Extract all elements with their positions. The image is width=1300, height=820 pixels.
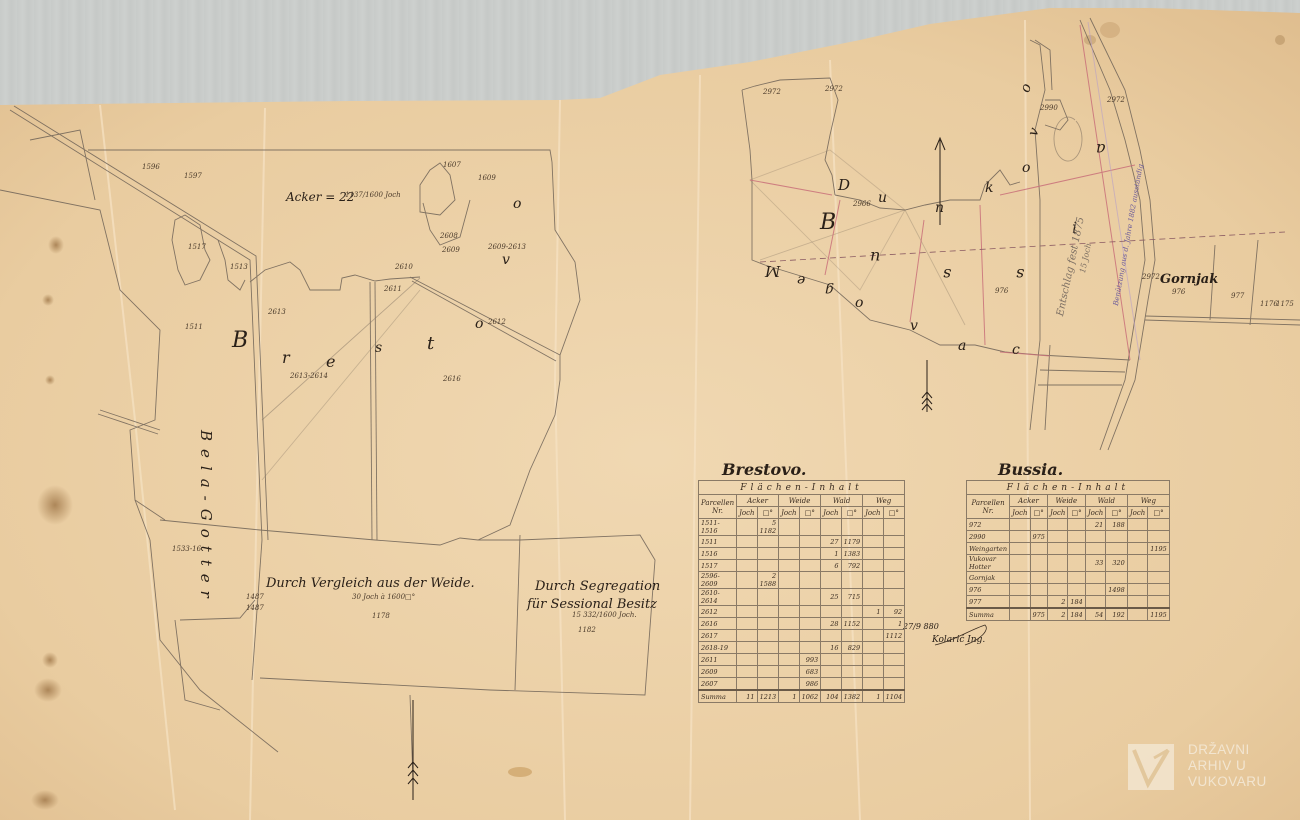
table-row: Gornjak	[967, 572, 1170, 584]
table-row: 15176792	[699, 560, 905, 572]
table-row: 2990975	[967, 531, 1170, 543]
parcel-number: 2990	[1040, 104, 1058, 112]
cell-weg-q: 1195	[1148, 543, 1170, 555]
sum-pn: Summa	[967, 608, 1010, 621]
cell-weide-j	[1047, 543, 1067, 555]
cell-acker-j	[1010, 596, 1030, 609]
label-durch-vergleich: Durch Vergleich aus der Weide.	[266, 576, 475, 591]
cell-wald-q	[1106, 531, 1128, 543]
cell-wald-j	[1085, 596, 1105, 609]
cell-weide-q	[799, 572, 821, 589]
label-dunkovo-k: k	[985, 180, 993, 196]
cell-weide-j	[779, 519, 799, 536]
cell-weide-j	[779, 642, 799, 654]
cell-weg-j	[1127, 531, 1147, 543]
table-row: Weingarten1195	[967, 543, 1170, 555]
cell-acker-j	[737, 678, 757, 691]
cell-weide-j: 2	[1047, 596, 1067, 609]
label-durch-segregation: Durch Segregation	[535, 579, 660, 594]
cell-weide-j	[779, 630, 799, 642]
label-brestovo-r: r	[282, 348, 290, 367]
bussia-table-body: 972211882990975Weingarten1195Vukovar Hot…	[967, 519, 1170, 621]
cell-wald-j	[1085, 543, 1105, 555]
subcol-joch: Joch	[779, 507, 799, 519]
cell-pn: Vukovar Hotter	[967, 555, 1010, 572]
cell-wald-q: 1498	[1106, 584, 1128, 596]
col-weide: Weide	[779, 495, 821, 507]
sum-pn: Summa	[699, 690, 737, 703]
cell-weide-q	[799, 548, 821, 560]
subcol-joch: Joch	[821, 507, 841, 519]
cell-weide-j	[779, 560, 799, 572]
cell-wald-j: 1	[821, 548, 841, 560]
parcel-number: 976	[995, 287, 1008, 295]
cell-weide-j	[1047, 584, 1067, 596]
cell-pn: 2610-2614	[699, 589, 737, 606]
cell-weide-q: 993	[799, 654, 821, 666]
cell-pn: 1516	[699, 548, 737, 560]
cell-acker-j	[1010, 584, 1030, 596]
parcel-number: 1175	[1276, 300, 1294, 308]
parcel-number: 2609-2613	[488, 243, 526, 251]
cell-acker-j	[737, 572, 757, 589]
parcel-number: 2609	[442, 246, 460, 254]
table-header: Flächen-Inhalt	[967, 481, 1170, 495]
brestovo-table-body: 1511-15165 11821511271179151611383151767…	[699, 519, 905, 703]
cell-weide-j	[1047, 572, 1067, 584]
cell-wald-q	[841, 519, 863, 536]
table-row: Vukovar Hotter33320	[967, 555, 1170, 572]
table-header: Flächen-Inhalt	[699, 481, 905, 495]
cell-wald-j	[821, 630, 841, 642]
label-bussia-s1: s	[943, 265, 951, 284]
cell-weg-q	[1148, 555, 1170, 572]
cell-weide-q	[799, 606, 821, 618]
cell-acker-q	[757, 666, 779, 678]
parcel-number: 2972	[763, 88, 781, 96]
cell-weide-q	[1068, 543, 1085, 555]
cell-acker-j	[737, 630, 757, 642]
subcol-klafter: □°	[1068, 507, 1085, 519]
cell-wald-j: 28	[821, 618, 841, 630]
bussia-table-title: Bussia.	[998, 460, 1063, 479]
sum-acker-q: 975	[1030, 608, 1047, 621]
cell-wald-q: 320	[1106, 555, 1128, 572]
label-brestovo-v: v	[502, 252, 510, 268]
cell-wald-j	[821, 519, 841, 536]
cell-wald-q	[841, 606, 863, 618]
subcol-klafter: □°	[841, 507, 863, 519]
cell-weg-q	[1148, 519, 1170, 531]
cell-wald-q	[841, 654, 863, 666]
table-sum-row: Summa11121311062104138211104	[699, 690, 905, 703]
cell-pn: 972	[967, 519, 1010, 531]
parcel-number: 1487	[246, 593, 264, 601]
parcel-number: 1607	[443, 161, 461, 169]
cell-wald-q	[1106, 543, 1128, 555]
subcol-joch: Joch	[1085, 507, 1105, 519]
parcel-number: 1533-16	[172, 545, 201, 553]
cell-pn: 2616	[699, 618, 737, 630]
table-row: 97221188	[967, 519, 1170, 531]
col-wald: Wald	[1085, 495, 1127, 507]
cell-weide-q: 986	[799, 678, 821, 691]
parcel-number: 2966	[853, 200, 871, 208]
cell-pn: 2618-19	[699, 642, 737, 654]
sum-wald-q: 1382	[841, 690, 863, 703]
label-bela-gotter: Bela-Gotter	[197, 430, 215, 606]
label-megovac-c: c	[1012, 342, 1020, 358]
sum-weg-j: 1	[863, 690, 883, 703]
cell-wald-q	[841, 678, 863, 691]
cell-acker-q	[757, 630, 779, 642]
cell-weide-q	[799, 630, 821, 642]
cell-weg-j	[863, 678, 883, 691]
label-bussia-a: a	[1096, 140, 1106, 159]
cell-pn: 2609	[699, 666, 737, 678]
cell-weide-q: 683	[799, 666, 821, 678]
table-row: 2609683	[699, 666, 905, 678]
label-megovac-v: v	[910, 318, 918, 334]
label-brestovo-s: s	[375, 340, 382, 356]
cell-wald-q	[1106, 596, 1128, 609]
table-row: 9772184	[967, 596, 1170, 609]
cell-wald-j	[821, 666, 841, 678]
table-row: 2607986	[699, 678, 905, 691]
col-wald: Wald	[821, 495, 863, 507]
subcol-klafter: □°	[799, 507, 821, 519]
cell-weg-q	[1148, 584, 1170, 596]
cell-weide-j	[779, 654, 799, 666]
map-sheet	[0, 0, 1300, 820]
cell-pn: 1517	[699, 560, 737, 572]
cell-wald-q: 792	[841, 560, 863, 572]
label-brestovo-e: e	[326, 352, 335, 371]
cell-acker-j	[737, 560, 757, 572]
cell-weide-j	[779, 589, 799, 606]
cell-weg-j	[863, 654, 883, 666]
table-row: 2596-26092 1588	[699, 572, 905, 589]
cell-acker-q	[757, 548, 779, 560]
label-segregation-sub: 15 332/1600 Joch.	[572, 611, 637, 619]
cell-weg-j	[863, 666, 883, 678]
col-acker: Acker	[737, 495, 779, 507]
label-dunkovo-d: D	[838, 176, 850, 194]
cell-pn: 977	[967, 596, 1010, 609]
cell-weide-j	[779, 618, 799, 630]
cell-pn: 1511-1516	[699, 519, 737, 536]
sum-weg-q: 1104	[883, 690, 905, 703]
cell-acker-q: 975	[1030, 531, 1047, 543]
cell-wald-q: 1383	[841, 548, 863, 560]
cell-weide-j	[1047, 531, 1067, 543]
cell-weg-q	[883, 654, 905, 666]
cell-weg-j	[863, 572, 883, 589]
cell-acker-j	[737, 519, 757, 536]
cell-acker-q	[757, 618, 779, 630]
parcel-number: 1609	[478, 174, 496, 182]
cell-acker-j	[737, 536, 757, 548]
parcel-number: 2608	[440, 232, 458, 240]
cell-pn: 2607	[699, 678, 737, 691]
table-row: 26162811521	[699, 618, 905, 630]
cell-acker-q	[1030, 596, 1047, 609]
cell-weg-j	[1127, 584, 1147, 596]
label-megovac-g: g	[825, 282, 834, 298]
cell-weg-j	[863, 548, 883, 560]
cell-wald-j	[1085, 572, 1105, 584]
cell-wald-q: 1179	[841, 536, 863, 548]
table-row: 2612192	[699, 606, 905, 618]
sum-weide-j: 2	[1047, 608, 1067, 621]
cell-weide-q	[1068, 584, 1085, 596]
col-parcel: Parcellen Nr.	[967, 495, 1010, 519]
cell-weide-q	[799, 618, 821, 630]
cell-wald-j	[821, 572, 841, 589]
cell-weg-q	[1148, 572, 1170, 584]
archive-logo-icon	[1128, 744, 1174, 790]
cell-weg-j	[863, 536, 883, 548]
cell-acker-q: 2 1588	[757, 572, 779, 589]
signature: Kolarić Ing.	[932, 635, 985, 645]
sum-weide-q: 184	[1068, 608, 1085, 621]
label-bussia-s2: s	[1016, 265, 1024, 284]
cell-wald-q	[841, 572, 863, 589]
cell-wald-q: 1152	[841, 618, 863, 630]
cell-wald-q: 188	[1106, 519, 1128, 531]
label-acker-fraction: 1137/1600 Joch	[345, 191, 401, 199]
cell-weg-j	[863, 618, 883, 630]
brestovo-area-table: Flächen-Inhalt Parcellen Nr. Acker Weide…	[698, 480, 905, 703]
table-row: 2611993	[699, 654, 905, 666]
cell-weide-q	[1068, 531, 1085, 543]
col-acker: Acker	[1010, 495, 1048, 507]
cell-acker-q	[1030, 584, 1047, 596]
cell-acker-q	[1030, 543, 1047, 555]
cell-weg-j	[863, 630, 883, 642]
cell-acker-q	[757, 606, 779, 618]
table-row: 26171112	[699, 630, 905, 642]
cell-acker-j	[1010, 531, 1030, 543]
cell-pn: 2617	[699, 630, 737, 642]
cell-pn: 2612	[699, 606, 737, 618]
sum-acker-j: 11	[737, 690, 757, 703]
cell-weg-j	[1127, 519, 1147, 531]
sum-weide-j: 1	[779, 690, 799, 703]
cell-acker-q	[1030, 555, 1047, 572]
parcel-number: 1513	[230, 263, 248, 271]
cell-wald-j: 16	[821, 642, 841, 654]
parcel-number: 2972	[1142, 273, 1160, 281]
cell-weg-j	[1127, 596, 1147, 609]
cell-weide-q	[1068, 519, 1085, 531]
cell-wald-q	[841, 666, 863, 678]
label-vergleich-sub: 30 Joch à 1600□°	[352, 593, 415, 601]
parcel-number: 2972	[825, 85, 843, 93]
cell-pn: Gornjak	[967, 572, 1010, 584]
label-megovac-a: a	[958, 338, 966, 354]
watermark-line-1: DRŽAVNI	[1188, 742, 1267, 758]
cell-weg-q	[883, 560, 905, 572]
cell-weg-q	[1148, 596, 1170, 609]
subcol-klafter: □°	[883, 507, 905, 519]
label-segregation-num: 1182	[578, 626, 596, 634]
cell-acker-q	[757, 642, 779, 654]
cell-weide-j	[779, 548, 799, 560]
cell-acker-j	[1010, 543, 1030, 555]
sum-wald-q: 192	[1106, 608, 1128, 621]
parcel-number: 1517	[188, 243, 206, 251]
cell-acker-j	[737, 654, 757, 666]
sum-weg-j	[1127, 608, 1147, 621]
sum-acker-j	[1010, 608, 1030, 621]
cell-wald-j	[821, 678, 841, 691]
parcel-number: 2611	[384, 285, 402, 293]
parcel-number: 2610	[395, 263, 413, 271]
parcel-number: 977	[1231, 292, 1244, 300]
cell-weide-j	[1047, 519, 1067, 531]
cell-weg-j	[863, 560, 883, 572]
subcol-joch: Joch	[737, 507, 757, 519]
cell-pn: 2990	[967, 531, 1010, 543]
sum-wald-j: 104	[821, 690, 841, 703]
subcol-klafter: □°	[1106, 507, 1128, 519]
cell-pn: 1511	[699, 536, 737, 548]
cell-weide-q	[799, 560, 821, 572]
col-weg: Weg	[1127, 495, 1169, 507]
cell-wald-j: 33	[1085, 555, 1105, 572]
cell-acker-q: 5 1182	[757, 519, 779, 536]
subcol-joch: Joch	[1127, 507, 1147, 519]
cell-pn: 2611	[699, 654, 737, 666]
cell-weg-q: 92	[883, 606, 905, 618]
cell-acker-j	[737, 618, 757, 630]
cell-acker-q	[1030, 519, 1047, 531]
parcel-number: 2616	[443, 375, 461, 383]
cell-weg-j	[863, 642, 883, 654]
cell-weide-j	[779, 606, 799, 618]
cell-weg-q: 1	[883, 618, 905, 630]
cell-weg-q	[883, 666, 905, 678]
cell-weide-j	[779, 678, 799, 691]
label-vergleich-num: 1178	[372, 612, 390, 620]
cell-weg-j	[1127, 543, 1147, 555]
cell-acker-q	[757, 678, 779, 691]
cell-pn: 2596-2609	[699, 572, 737, 589]
parcel-number: 1597	[184, 172, 202, 180]
subcol-klafter: □°	[757, 507, 779, 519]
table-row: 2610-261425715	[699, 589, 905, 606]
table-row: 9761498	[967, 584, 1170, 596]
bussia-area-table: Flächen-Inhalt Parcellen Nr. Acker Weide…	[966, 480, 1170, 621]
cell-weg-q	[883, 642, 905, 654]
cell-wald-j: 27	[821, 536, 841, 548]
cell-weide-q	[799, 519, 821, 536]
cell-weg-q: 1112	[883, 630, 905, 642]
parcel-number: 1487	[246, 604, 264, 612]
cell-acker-j	[1010, 572, 1030, 584]
cell-wald-q: 715	[841, 589, 863, 606]
cell-acker-q	[757, 654, 779, 666]
table-row: 151611383	[699, 548, 905, 560]
col-weg: Weg	[863, 495, 905, 507]
cell-wald-q	[841, 630, 863, 642]
label-dunkovo-o: o	[1022, 160, 1030, 176]
cell-weide-q	[1068, 555, 1085, 572]
col-weide: Weide	[1047, 495, 1085, 507]
parcel-number: 2613	[268, 308, 286, 316]
cell-weide-j	[779, 666, 799, 678]
cell-wald-j	[1085, 584, 1105, 596]
cell-pn: 976	[967, 584, 1010, 596]
table-row: 1511-15165 1182	[699, 519, 905, 536]
parcel-number: 1511	[185, 323, 203, 331]
cell-weide-j	[779, 572, 799, 589]
cell-wald-j	[821, 654, 841, 666]
cell-acker-j	[737, 666, 757, 678]
signature-date: 27/9 880	[903, 622, 939, 631]
table-row: 2618-1916829	[699, 642, 905, 654]
cell-weide-j	[779, 536, 799, 548]
cell-acker-q	[757, 589, 779, 606]
cell-acker-j	[1010, 555, 1030, 572]
cell-acker-q	[1030, 572, 1047, 584]
cell-wald-j: 25	[821, 589, 841, 606]
sum-weide-q: 1062	[799, 690, 821, 703]
subcol-joch: Joch	[1047, 507, 1067, 519]
cell-wald-q: 829	[841, 642, 863, 654]
label-brestovo-t: t	[427, 333, 434, 354]
cell-acker-j	[1010, 519, 1030, 531]
sum-wald-j: 54	[1085, 608, 1105, 621]
cell-acker-j	[737, 642, 757, 654]
subcol-joch: Joch	[863, 507, 883, 519]
cell-acker-q	[757, 560, 779, 572]
cell-wald-j	[821, 606, 841, 618]
cell-weg-q	[883, 572, 905, 589]
cell-weg-q	[883, 589, 905, 606]
label-megovac-m: M	[765, 262, 780, 280]
cell-weg-q	[883, 678, 905, 691]
cell-weg-j: 1	[863, 606, 883, 618]
label-megovac-e: e	[797, 272, 805, 288]
parcel-number: 1596	[142, 163, 160, 171]
parcel-number: 976	[1172, 288, 1185, 296]
cell-weg-j	[1127, 555, 1147, 572]
cell-wald-q	[1106, 572, 1128, 584]
parcel-number: 2613-2614	[290, 372, 328, 380]
cell-wald-j	[1085, 531, 1105, 543]
cell-weg-q	[883, 548, 905, 560]
cell-wald-j: 6	[821, 560, 841, 572]
cell-wald-j: 21	[1085, 519, 1105, 531]
cell-weide-q: 184	[1068, 596, 1085, 609]
subcol-klafter: □°	[1030, 507, 1047, 519]
table-sum-row: Summa9752184541921195	[967, 608, 1170, 621]
cell-weg-j	[1127, 572, 1147, 584]
watermark-line-3: VUKOVARU	[1188, 774, 1267, 790]
label-brestovo-o2: o	[513, 196, 521, 212]
sum-acker-q: 1213	[757, 690, 779, 703]
sum-weg-q: 1195	[1148, 608, 1170, 621]
cell-acker-j	[737, 606, 757, 618]
cell-weide-j	[1047, 555, 1067, 572]
label-dunkovo-u: u	[878, 190, 887, 206]
label-brestovo-o1: o	[475, 316, 483, 332]
cell-weg-q	[883, 519, 905, 536]
cell-weide-q	[799, 589, 821, 606]
parcel-number: 2612	[488, 318, 506, 326]
